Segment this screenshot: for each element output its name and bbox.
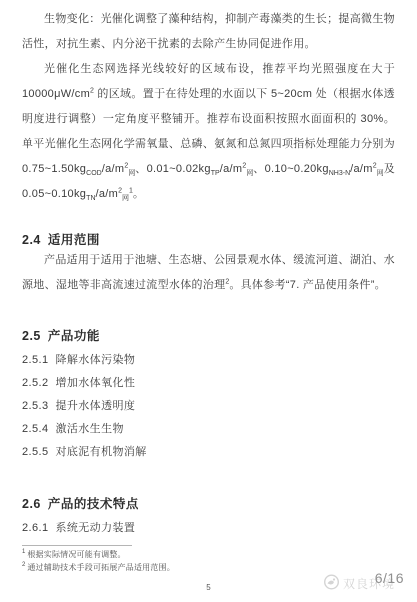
item-label: 对底泥有机物消解 [55, 446, 146, 458]
paragraph-bio-change: 生物变化：光催化调整了藻种结构，抑制产毒藻类的生长；提高微生物活性，对抗生素、内… [22, 7, 395, 57]
item-label: 降解水体污染物 [55, 354, 135, 366]
list-item: 2.5.5对底泥有机物消解 [22, 441, 395, 464]
footnote-divider [22, 545, 132, 546]
list-item: 2.5.1降解水体污染物 [22, 349, 395, 372]
section-number: 2.4 [22, 233, 41, 247]
item-label: 激活水生生物 [55, 423, 123, 435]
item-number: 2.5.3 [22, 400, 48, 412]
item-label: 增加水体氧化性 [55, 377, 135, 389]
section-number: 2.6 [22, 497, 41, 511]
footnote: 2通过辅助技术手段可拓展产品适用范围。 [22, 562, 395, 575]
item-number: 2.5.1 [22, 354, 48, 366]
section-title: 产品的技术特点 [48, 497, 139, 511]
section-title: 产品功能 [48, 329, 100, 343]
footnote-marker: 2 [22, 562, 25, 568]
section-heading-2-6: 2.6产品的技术特点 [22, 496, 395, 512]
section-number: 2.5 [22, 329, 41, 343]
item-number: 2.5.4 [22, 423, 48, 435]
list-item: 2.5.4激活水生生物 [22, 418, 395, 441]
footnote-marker: 1 [22, 549, 25, 555]
item-label: 系统无动力装置 [55, 522, 135, 534]
page-indicator: 6/16 [375, 570, 404, 586]
item-number: 2.5.2 [22, 377, 48, 389]
footnote: 1根据实际情况可能有调整。 [22, 549, 395, 562]
section-heading-2-4: 2.4适用范围 [22, 232, 395, 248]
brand-logo-icon [323, 574, 340, 593]
paragraph-net-deployment: 光催化生态网选择光线较好的区域布设，推荐平均光照强度在大于 10000μW/cm… [22, 57, 395, 207]
list-item: 2.6.1系统无动力装置 [22, 517, 395, 540]
list-item: 2.5.3提升水体透明度 [22, 395, 395, 418]
item-label: 提升水体透明度 [55, 400, 135, 412]
list-item: 2.5.2增加水体氧化性 [22, 372, 395, 395]
footnotes: 1根据实际情况可能有调整。 2通过辅助技术手段可拓展产品适用范围。 [22, 545, 395, 574]
item-number: 2.6.1 [22, 522, 48, 534]
footnote-text: 通过辅助技术手段可拓展产品适用范围。 [27, 563, 175, 572]
section-title: 适用范围 [48, 233, 100, 247]
section-heading-2-5: 2.5产品功能 [22, 328, 395, 344]
footnote-text: 根据实际情况可能有调整。 [27, 550, 125, 559]
item-number: 2.5.5 [22, 446, 48, 458]
section-2-5-items: 2.5.1降解水体污染物 2.5.2增加水体氧化性 2.5.3提升水体透明度 2… [22, 349, 395, 464]
section-2-6-items: 2.6.1系统无动力装置 [22, 517, 395, 540]
document-page: 生物变化：光催化调整了藻种结构，抑制产毒藻类的生长；提高微生物活性，对抗生素、内… [0, 0, 417, 592]
paragraph-2-4-scope: 产品适用于适用于池塘、生态塘、公园景观水体、缓流河道、湖泊、水源地、湿地等非高流… [22, 248, 395, 298]
